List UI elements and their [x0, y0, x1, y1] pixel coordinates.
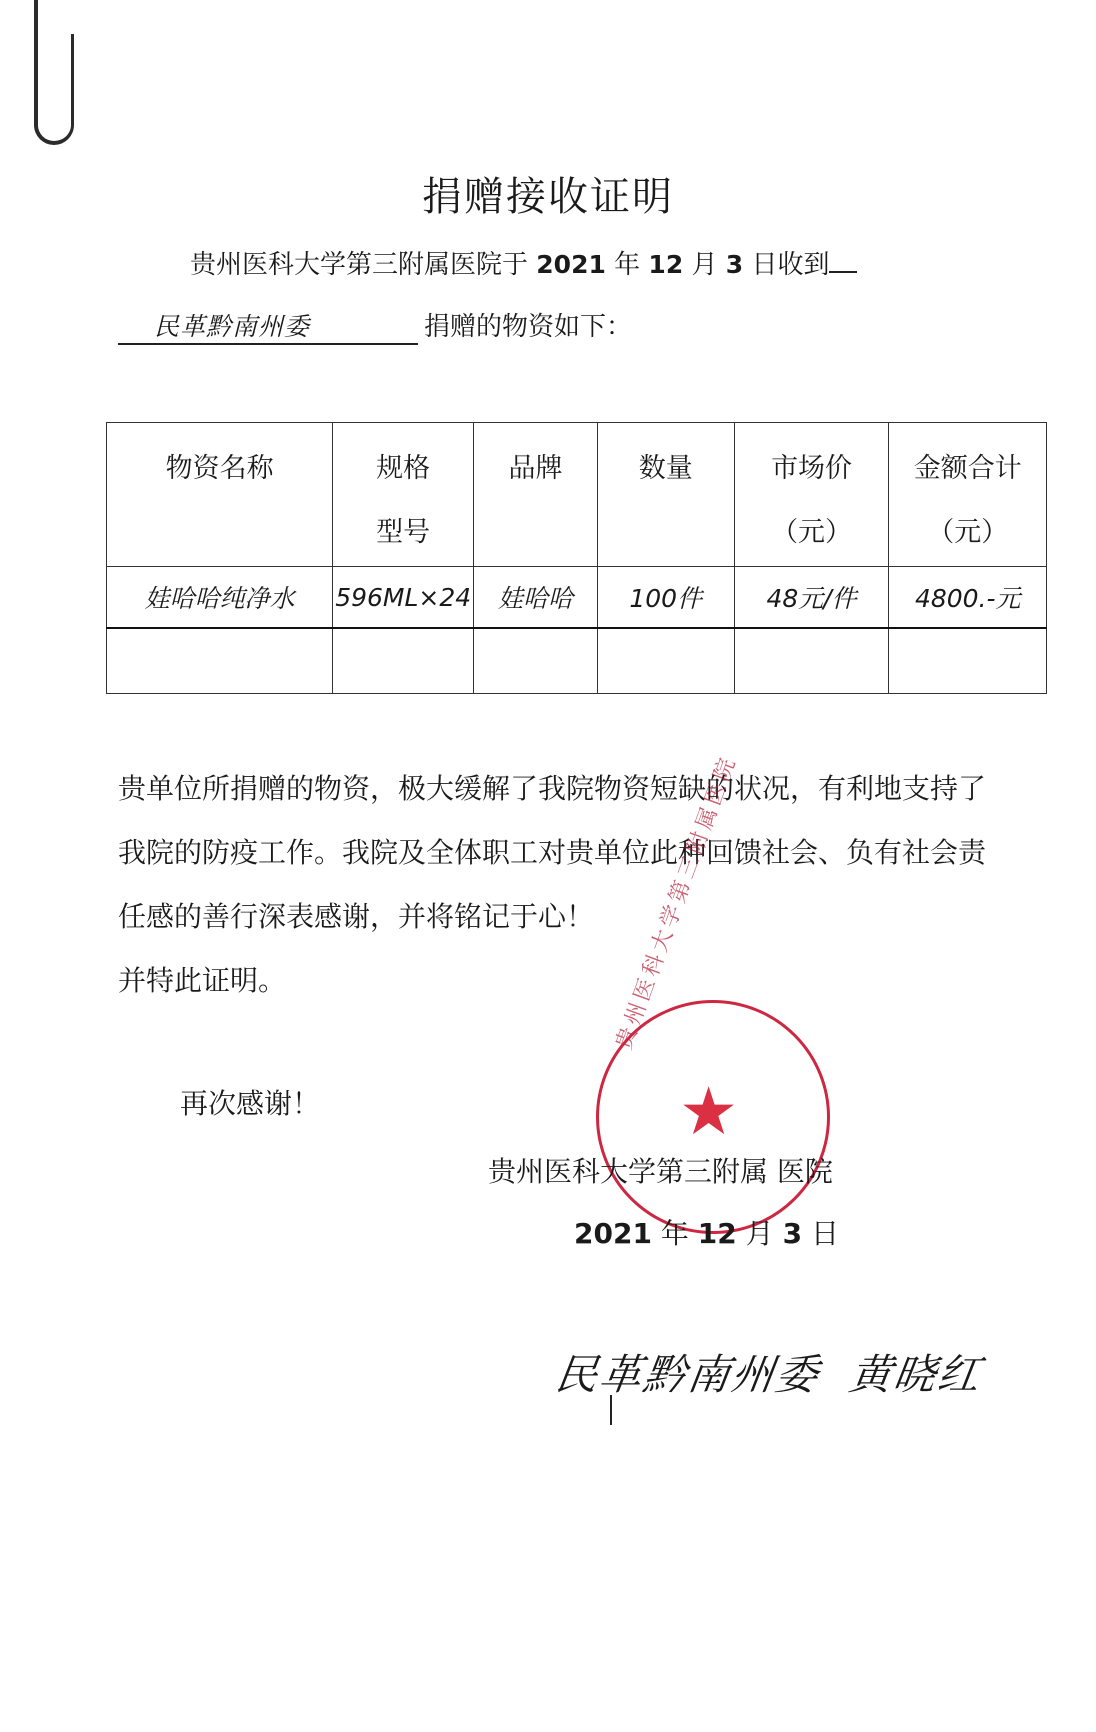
closing-line: 并特此证明。: [118, 949, 998, 1013]
thanks-text: 再次感谢！: [180, 1082, 320, 1122]
intro-month: 12: [648, 250, 683, 279]
intro-line: 贵州医科大学第三附属医院于 2021 年 12 月 3 日收到: [190, 244, 857, 281]
body-paragraph: 贵单位所捐赠的物资，极大缓解了我院物资短缺的状况，有利地支持了我院的防疫工作。我…: [118, 757, 998, 949]
cell-quantity: [597, 628, 734, 694]
handwritten-signature: 民革黔南州委黄晓红: [552, 1342, 986, 1402]
header-quantity: 数量: [597, 423, 734, 567]
header-total: 金额合计（元）: [889, 423, 1047, 567]
header-market-price: 市场价（元）: [734, 423, 889, 567]
blank-underline: [829, 249, 857, 273]
cell-quantity: 100件: [597, 567, 734, 629]
cell-item-name: 娃哈哈纯净水: [107, 567, 333, 629]
cell-total: 4800.-元: [889, 567, 1047, 629]
table-row: 娃哈哈纯净水 596ML×24 娃哈哈 100件 48元/件 4800.-元: [107, 567, 1047, 629]
sign-date: 2021 年 12 月 3 日: [574, 1212, 839, 1252]
document-title: 捐赠接收证明: [0, 165, 1096, 222]
intro-day-unit: 日收到: [751, 250, 829, 280]
body-text: 贵单位所捐赠的物资，极大缓解了我院物资短缺的状况，有利地支持了我院的防疫工作。我…: [118, 757, 998, 1013]
table-header-row: 物资名称 规格型号 品牌 数量 市场价（元） 金额合计（元）: [107, 423, 1047, 567]
signature-org: 民革黔南州委: [552, 1350, 823, 1399]
cell-brand: [474, 628, 598, 694]
cell-spec: 596ML×24: [333, 567, 474, 629]
signature-stroke: [610, 1395, 612, 1425]
cell-total: [889, 628, 1047, 694]
official-seal: 贵州医科大学第三附属医院 ★: [596, 1000, 830, 1234]
cell-spec: [333, 628, 474, 694]
organization-name: 贵州医科大学第三附属 医院: [488, 1150, 833, 1190]
intro-year: 2021: [536, 250, 606, 279]
intro-month-unit: 月: [691, 250, 717, 280]
receiver-text: 贵州医科大学第三附属医院于: [190, 250, 528, 280]
intro-year-unit: 年: [614, 250, 640, 280]
cell-item-name: [107, 628, 333, 694]
paper-clip-gap: [56, 0, 76, 34]
donation-goods-table: 物资名称 规格型号 品牌 数量 市场价（元） 金额合计（元） 娃哈哈纯净水 59…: [106, 422, 1047, 694]
star-icon: ★: [679, 1079, 738, 1145]
header-item-name: 物资名称: [107, 423, 333, 567]
donor-handwritten-field: 民革黔南州委: [118, 307, 418, 345]
intro-day: 3: [726, 250, 743, 279]
header-spec: 规格型号: [333, 423, 474, 567]
signature-person: 黄晓红: [846, 1350, 985, 1399]
cell-brand: 娃哈哈: [474, 567, 598, 629]
cell-market-price: 48元/件: [734, 567, 889, 629]
header-brand: 品牌: [474, 423, 598, 567]
donation-suffix: 捐赠的物资如下：: [424, 312, 632, 342]
donor-line: 民革黔南州委捐赠的物资如下：: [118, 306, 632, 345]
table-row-empty: [107, 628, 1047, 694]
cell-market-price: [734, 628, 889, 694]
